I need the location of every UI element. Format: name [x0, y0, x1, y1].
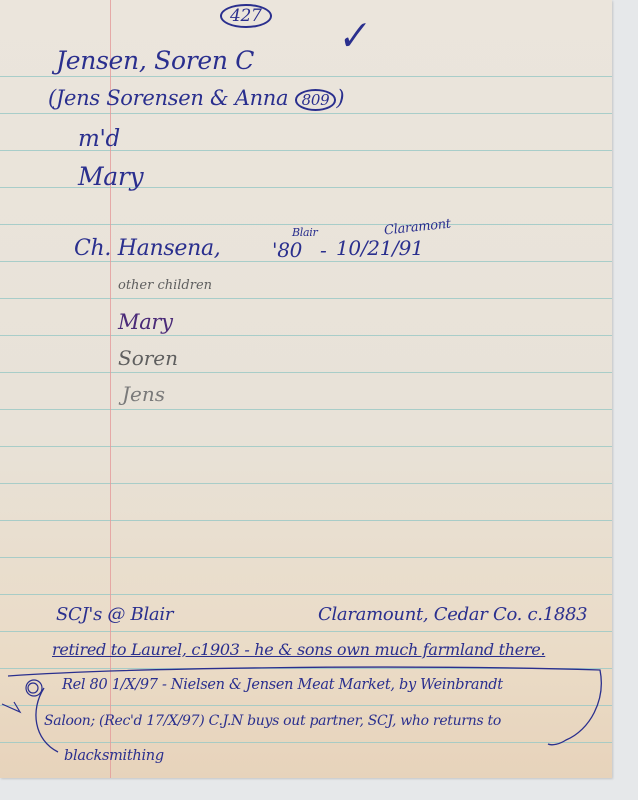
notebook-page: 427 ✓ Jensen, Soren C (Jens Sorensen & A…	[0, 0, 612, 778]
bracket-annotation	[0, 0, 612, 778]
